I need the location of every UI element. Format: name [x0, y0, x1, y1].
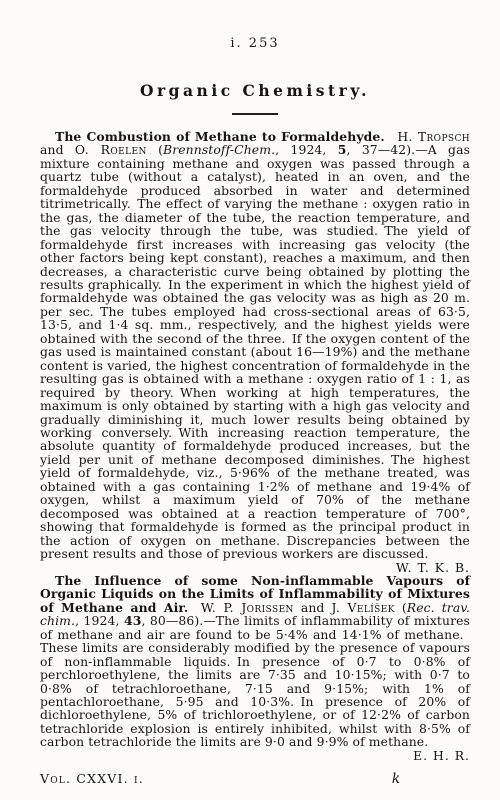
section-divider-rule	[232, 113, 278, 115]
abstract-inflammability-limits: The Influence of some Non-inflammable Va…	[40, 574, 470, 762]
abstract-combustion-methane: The Combustion of Methane to Formaldehyd…	[40, 130, 470, 574]
text-segment: , 80—86).—The limits of inflammability o…	[40, 613, 470, 749]
reviewer-signature: W. T. K. B.	[396, 561, 470, 574]
journal-page: i. 253 Organic Chemistry. The Combustion…	[0, 0, 500, 800]
page-footer: Vol. CXXVI. i. k	[40, 771, 470, 787]
section-title: Organic Chemistry.	[40, 81, 470, 100]
abstracts-column: The Combustion of Methane to Formaldehyd…	[40, 130, 470, 762]
printers-mark: k	[392, 771, 400, 787]
volume-label: Vol. CXXVI. i.	[40, 771, 144, 786]
text-segment: , 37—42).—A gas mixture containing metha…	[40, 142, 470, 561]
reviewer-signature: E. H. R.	[413, 749, 470, 762]
page-number: i. 253	[40, 36, 470, 51]
